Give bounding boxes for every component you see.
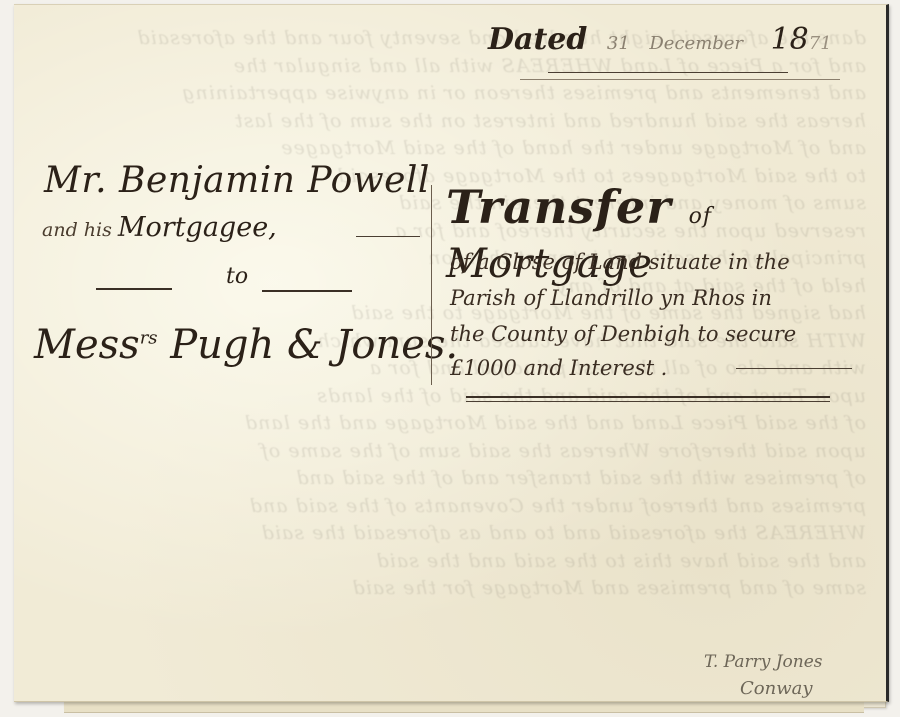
- dated-month: December: [649, 33, 743, 54]
- description-line-3: the County of Denbigh to secure: [450, 322, 796, 346]
- bracket-line: [431, 185, 432, 385]
- closing-double-rule-2: [466, 401, 830, 402]
- mortgagee-line: and his Mortgagee,: [42, 212, 277, 243]
- mortgagee-role: Mortgagee: [118, 212, 268, 243]
- dated-day: 31: [607, 33, 630, 54]
- title-main: Transfer: [446, 180, 672, 234]
- connector-to: to: [226, 264, 248, 289]
- mortgagor-name: Mr. Benjamin Powell: [44, 160, 430, 201]
- transferee-firm: Pugh & Jones: [170, 322, 445, 368]
- mortgagee-dash: [356, 236, 420, 237]
- description-line-4: £1000 and Interest .: [450, 356, 667, 380]
- dated-underline: [548, 72, 788, 73]
- to-dash-left: [96, 288, 172, 290]
- title-of: of: [689, 204, 712, 229]
- dated-year-suffix: 71: [809, 33, 832, 54]
- description-line-2: Parish of Llandrillo yn Rhos in: [450, 286, 772, 310]
- dated-line: Dated 31 December 1871: [488, 22, 832, 57]
- transferee-name: Messrs Pugh & Jones.: [34, 322, 458, 368]
- to-dash-right: [262, 290, 352, 292]
- dated-underline-2: [520, 79, 840, 80]
- dated-year-prefix: 18: [771, 22, 809, 57]
- transferee-prefix-sup: rs: [140, 328, 158, 349]
- attorney-name: T. Parry Jones: [704, 652, 823, 672]
- description-dash: [736, 368, 852, 369]
- dated-label: Dated: [488, 22, 587, 57]
- closing-double-rule-1: [466, 396, 830, 398]
- mortgagee-prefix: and his: [42, 219, 112, 241]
- attorney-town: Conway: [740, 678, 813, 699]
- transferee-prefix: Mess: [34, 322, 140, 368]
- description-line-1: of a Close of Land situate in the: [450, 250, 790, 274]
